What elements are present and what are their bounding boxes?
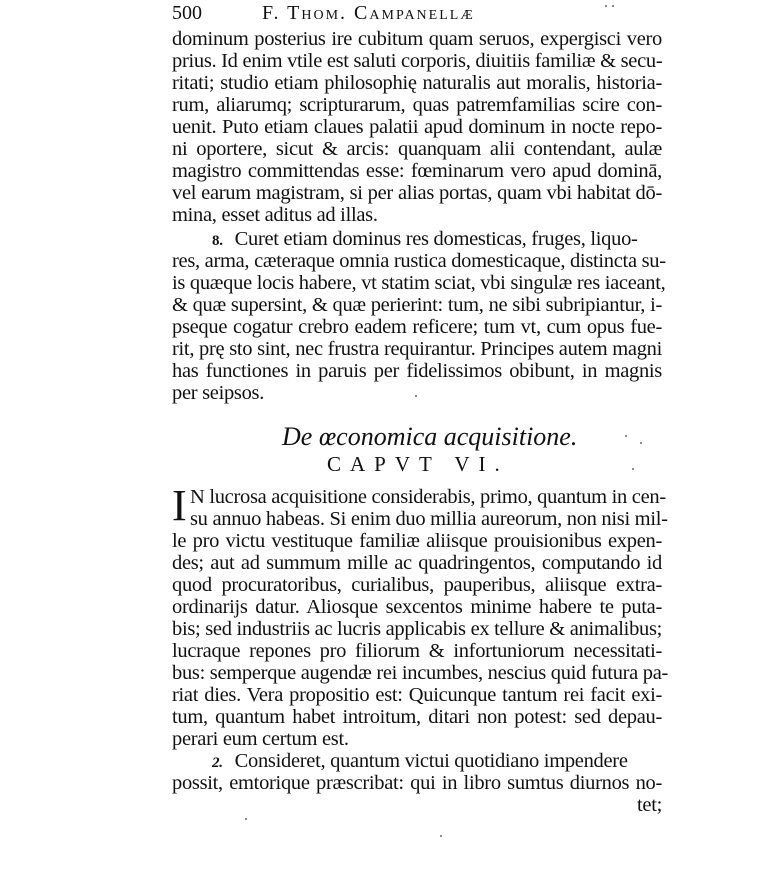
- scan-speck: [245, 818, 247, 820]
- text-line: res, arma, cæteraque omnia rustica domes…: [172, 250, 662, 272]
- text-line: rit, prę sto sint, nec frustra requirant…: [172, 338, 662, 360]
- page-header: 500 F. Thom. Campanellæ: [172, 2, 662, 26]
- text-line: quod procuratoribus, curialibus, pauperi…: [172, 574, 662, 596]
- text-line: Consideret, quantum victui quotidiano im…: [235, 750, 628, 772]
- scan-speck: [605, 5, 607, 7]
- page-number: 500: [172, 2, 202, 25]
- text-line: le pro victu vestituque familiæ aliisque…: [172, 530, 662, 552]
- text-line: rum, aliarumq; scripturarum, quas patrem…: [172, 94, 662, 116]
- text-line: magistro committendas esse: fœminarum ve…: [172, 160, 662, 182]
- chapter-heading: CAPVT VI.: [327, 452, 509, 477]
- text-line: N lucrosa acquisitione considerabis, pri…: [172, 486, 662, 508]
- text-line: pseque cogatur crebro eadem reficere; tu…: [172, 316, 662, 338]
- text-line: dominum posterius ire cubitum quam seruo…: [172, 28, 662, 50]
- scan-speck: [440, 835, 442, 837]
- text-line: riat dies. Vera propositio est: Quicunqu…: [172, 684, 662, 706]
- text-line: mina, esset aditus ad illas.: [172, 204, 662, 226]
- scan-speck: [612, 5, 614, 7]
- text-line: lucraque repones pro filiorum & infortun…: [172, 640, 662, 662]
- scan-speck: [625, 435, 627, 437]
- text-line: ordinarijs datur. Aliosque sexcentos min…: [172, 596, 662, 618]
- text-line: is quæque locis habere, vt statim sciat,…: [172, 272, 662, 294]
- text-line: perari eum certum est.: [172, 728, 662, 750]
- section-title: De œconomica acquisitione.: [282, 422, 577, 452]
- text-line: tum, quantum habet introitum, ditari non…: [172, 706, 662, 728]
- paragraph-number: 8.: [212, 233, 223, 249]
- paragraph-number: 2.: [212, 755, 223, 771]
- running-title: F. Thom. Campanellæ: [262, 2, 475, 25]
- text-line: bis; sed industriis ac lucris applicabis…: [172, 618, 662, 640]
- text-line: ritati; studio etiam philosophię natural…: [172, 72, 662, 94]
- text-line: bus: semperque augendæ rei incumbes, nes…: [172, 662, 662, 684]
- catchword: tet;: [172, 794, 662, 816]
- scan-speck: [632, 468, 634, 470]
- text-line: prius. Id enim vtile est saluti corporis…: [172, 50, 662, 72]
- text-line: possit, emtorique præscribat: qui in lib…: [172, 772, 662, 794]
- text-line: vel earum magistram, si per alias portas…: [172, 182, 662, 204]
- paragraph-2-first-line: 2.Consideret, quantum victui quotidiano …: [172, 750, 662, 774]
- text-line: has functiones in paruis per fidelissimo…: [172, 360, 662, 382]
- scan-speck: [415, 395, 417, 397]
- text-line: ni oportere, sicut & arcis: quanquam ali…: [172, 138, 662, 160]
- text-line: uenit. Puto etiam claues palatii apud do…: [172, 116, 662, 138]
- text-line: des; aut ad summum mille ac quadringento…: [172, 552, 662, 574]
- paragraph-8-first-line: 8.Curet etiam dominus res domesticas, fr…: [172, 228, 662, 252]
- scan-speck: [640, 442, 642, 444]
- text-line: per seipsos.: [172, 382, 662, 404]
- text-line: & quæ supersint, & quæ perierint: tum, n…: [172, 294, 662, 316]
- text-line: su annuo habeas. Si enim duo millia aure…: [172, 508, 662, 530]
- text-line: Curet etiam dominus res domesticas, frug…: [235, 228, 638, 250]
